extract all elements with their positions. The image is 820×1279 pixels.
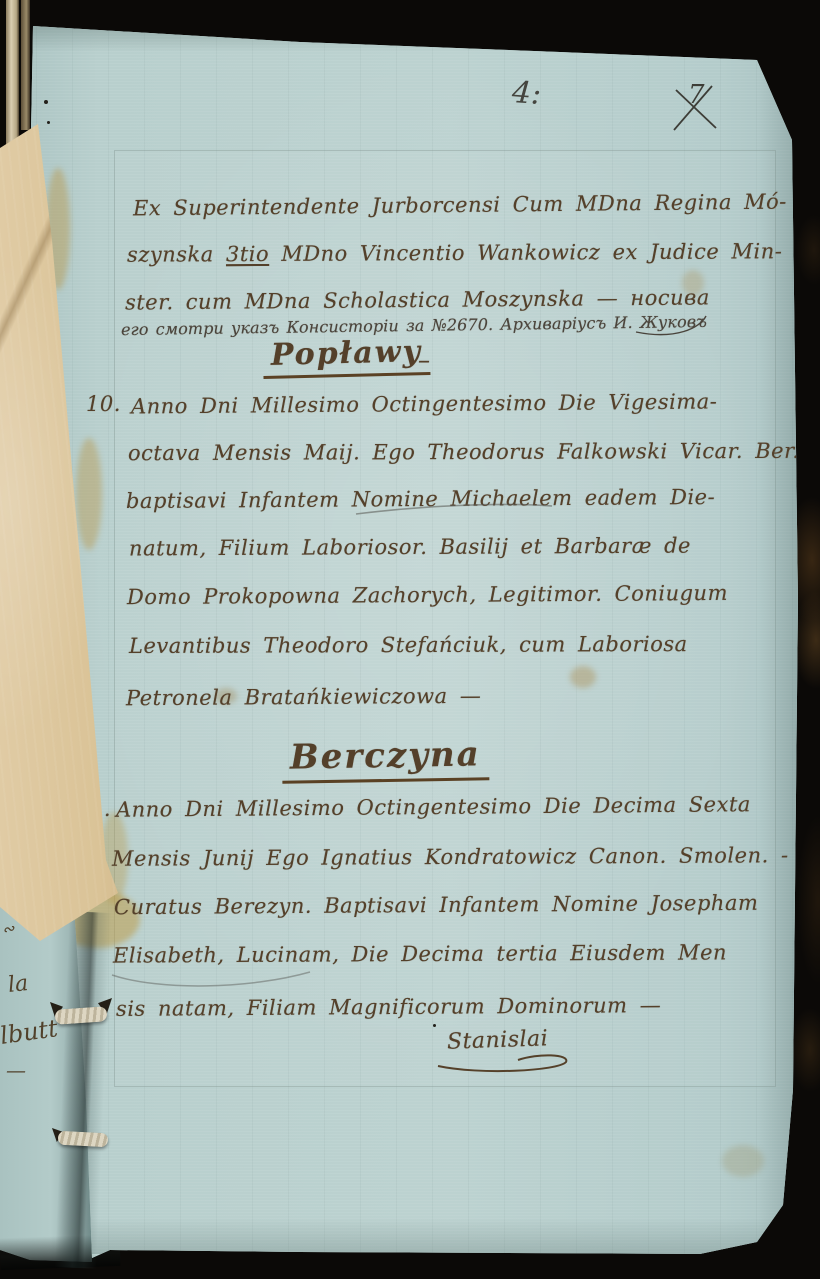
entry2-line: Domo Prokopowna Zachorych, Legitimor. Co… <box>127 581 728 609</box>
folio-number: 4: <box>511 75 543 112</box>
entry1-line2-post: MDno Vincentio Wankowicz ex Judice Min- <box>269 239 782 266</box>
entry2-line: Levantibus Theodoro Stefańciuk, cum Labo… <box>129 632 688 658</box>
ink-speck <box>433 1024 436 1027</box>
entry3-line: Curatus Berezyn. Baptisavi Infantem Nomi… <box>114 891 758 919</box>
glue-stain <box>76 438 102 550</box>
entry1-line2-underlined-word: 3tio <box>226 242 269 266</box>
entry2-line: baptisavi Infantem Nomine Michaelem eade… <box>126 485 715 513</box>
faint-stain <box>722 1145 764 1177</box>
previous-page-text-fragment: la <box>7 971 30 998</box>
entry1-line2-pre: szynska <box>127 242 226 267</box>
ink-speck <box>47 121 50 124</box>
entry1-line: ster. cum MDna Scholastica Moszynska — н… <box>125 285 710 314</box>
entry2-line: natum, Filium Laboriosor. Basilij et Bar… <box>129 534 691 561</box>
page-edge-shadow <box>90 1218 790 1254</box>
section-heading-poplawy: Popławy <box>263 334 431 379</box>
entry2-line: Anno Dni Millesimo Octingentesimo Die Vi… <box>131 389 717 418</box>
previous-page-text-fragment: — <box>6 1058 26 1082</box>
ink-spot-stain <box>570 666 596 688</box>
entry3-line: Mensis Junij Ego Ignatius Kondratowicz C… <box>112 843 789 871</box>
heading-dash: – <box>418 346 431 374</box>
section-heading-berczyna: Berczyna <box>282 734 490 784</box>
binding-strip <box>21 0 30 130</box>
entry2-line: octava Mensis Maij. Ego Theodorus Falkow… <box>128 439 800 465</box>
entry3-signature: Stanislai <box>447 1026 549 1055</box>
entry2-number: 10. <box>86 392 121 416</box>
ink-speck <box>44 100 48 104</box>
entry2-line: Petronela Bratańkiewiczowa — <box>126 684 481 710</box>
entry3-line: sis natam, Filiam Magnificorum Dominorum… <box>116 993 661 1021</box>
page-edge-shadow <box>30 26 790 52</box>
manuscript-scan: ∾ la lbutt — 4: 7 Ex Superintendente Jur… <box>0 0 820 1279</box>
entry1-line: szynska 3tio MDno Vincentio Wankowicz ex… <box>127 239 782 266</box>
binding-thread <box>58 1131 109 1148</box>
entry3-line: Elisabeth, Lucinam, Die Decima tertia Ei… <box>113 940 727 967</box>
register-page: 4: 7 Ex Superintendente Jurborcensi Cum … <box>0 0 820 1279</box>
crossed-out-folio-number: 7 <box>688 80 705 110</box>
